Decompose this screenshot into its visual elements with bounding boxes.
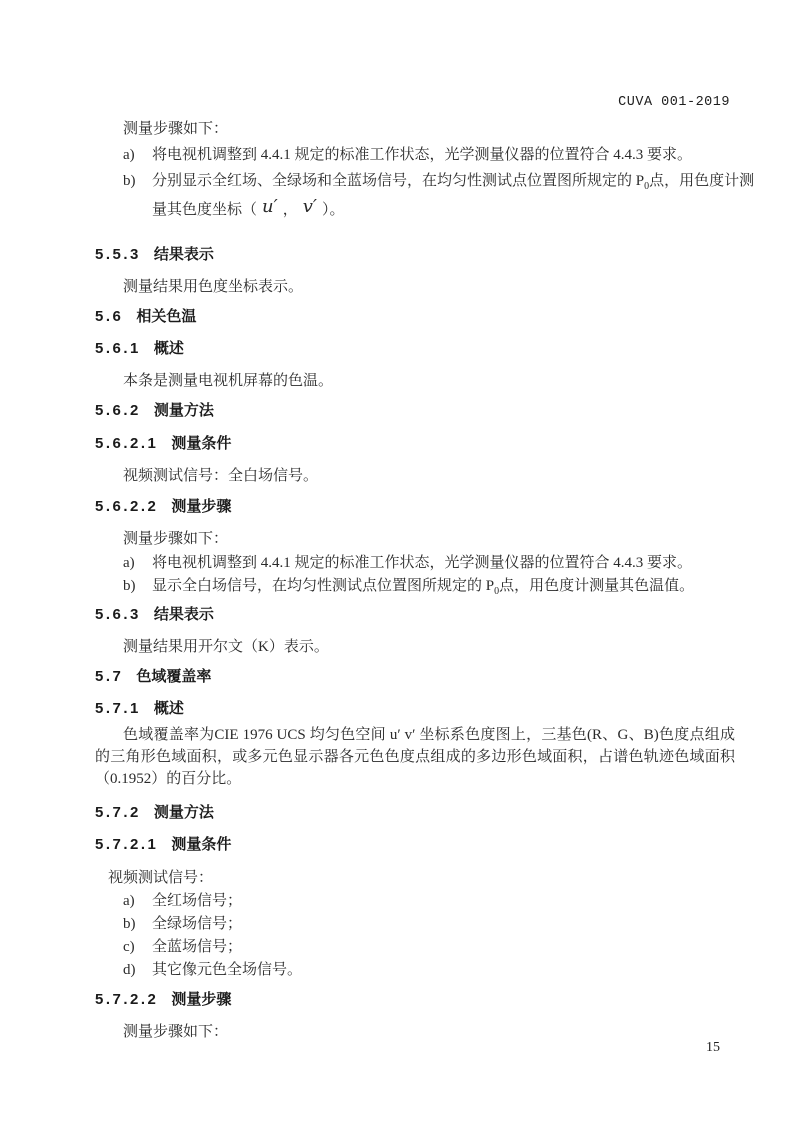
signal-item-a: a) 全红场信号； (95, 891, 735, 914)
formula-separator: ， (283, 202, 298, 218)
section-heading-5-7-2-2: 5.7.2.2测量步骤 (95, 991, 735, 1009)
signal-item-b: b) 全绿场信号； (95, 914, 735, 937)
list-marker: a) (123, 891, 152, 914)
section-title: 结果表示 (154, 246, 214, 263)
section-title: 测量方法 (154, 804, 214, 821)
list-marker: b) (123, 914, 152, 937)
section-heading-5-6-2-1: 5.6.2.1测量条件 (95, 435, 735, 453)
section-body-5-7-1: 色域覆盖率为CIE 1976 UCS 均匀色空间 u′ v′ 坐标系色度图上，三… (95, 724, 735, 790)
u-prime-symbol: u′ (262, 196, 278, 217)
section-number: 5.6.2 (95, 402, 141, 420)
list-marker: b) (123, 576, 152, 596)
section-title: 测量条件 (171, 435, 231, 452)
section-title: 色域覆盖率 (136, 668, 211, 685)
list-marker: b) (123, 171, 152, 191)
list-item-text: 其它像元色全场信号。 (152, 960, 735, 983)
section-title: 测量步骤 (171, 498, 231, 515)
section-body-5-6-2-1: 视频测试信号：全白场信号。 (95, 466, 735, 486)
section-heading-5-6-2: 5.6.2测量方法 (95, 402, 735, 420)
section-heading-5-6-2-2: 5.6.2.2测量步骤 (95, 498, 735, 516)
item-b-text: 分别显示全红场、全绿场和全蓝场信号，在均匀性测试点位置图所规定的 P (152, 173, 644, 189)
list-item-text: 分别显示全红场、全绿场和全蓝场信号，在均匀性测试点位置图所规定的 P0点，用色度… (152, 171, 754, 191)
section-body-5-6-3: 测量结果用开尔文（K）表示。 (95, 637, 735, 657)
section-title: 测量步骤 (171, 991, 231, 1008)
signal-item-d: d) 其它像元色全场信号。 (95, 960, 735, 983)
intro-item-b: b) 分别显示全红场、全绿场和全蓝场信号，在均匀性测试点位置图所规定的 P0点，… (95, 171, 735, 191)
list-item-text: 将电视机调整到 4.4.1 规定的标准工作状态，光学测量仪器的位置符合 4.4.… (152, 553, 735, 573)
list-item-text: 显示全白场信号，在均匀性测试点位置图所规定的 P0点，用色度计测量其色温值。 (152, 576, 735, 596)
section-heading-5-5-3: 5.5.3结果表示 (95, 246, 735, 264)
section-heading-5-6-3: 5.6.3结果表示 (95, 606, 735, 624)
section-number: 5.5.3 (95, 246, 141, 264)
list-marker: d) (123, 960, 152, 983)
section-heading-5-7: 5.7色域覆盖率 (95, 668, 735, 686)
section-number: 5.6.3 (95, 606, 141, 624)
item-b-text-after: 点，用色度计测 (649, 173, 754, 189)
formula-prefix: 量其色度坐标（ (152, 202, 257, 218)
list-item-text: 将电视机调整到 4.4.1 规定的标准工作状态，光学测量仪器的位置符合 4.4.… (152, 145, 735, 165)
steps-lead-5-7-2-2: 测量步骤如下： (95, 1022, 735, 1042)
intro-item-a: a) 将电视机调整到 4.4.1 规定的标准工作状态，光学测量仪器的位置符合 4… (95, 145, 735, 165)
header-doc-number: CUVA 001-2019 (618, 95, 730, 110)
section-heading-5-6: 5.6相关色温 (95, 308, 735, 326)
section-heading-5-6-1: 5.6.1概述 (95, 340, 735, 358)
section-number: 5.6.2.2 (95, 498, 158, 516)
intro-lead: 测量步骤如下： (95, 119, 735, 139)
section-body-5-6-1: 本条是测量电视机屏幕的色温。 (95, 371, 735, 391)
page-number: 15 (706, 1040, 720, 1056)
v-prime-symbol: v′ (303, 196, 317, 217)
chromaticity-coordinates-formula: 量其色度坐标（u′，v′）。 (152, 196, 712, 223)
section-number: 5.7 (95, 668, 123, 686)
section-number: 5.6 (95, 308, 123, 326)
section-number: 5.6.2.1 (95, 435, 158, 453)
formula-suffix: ）。 (322, 202, 345, 218)
item-text-after: 点，用色度计测量其色温值。 (499, 578, 694, 594)
section-title: 测量条件 (171, 836, 231, 853)
signal-item-c: c) 全蓝场信号； (95, 937, 735, 960)
section-heading-5-7-2: 5.7.2测量方法 (95, 804, 735, 822)
signals-lead-5-7-2-1: 视频测试信号： (95, 868, 735, 888)
list-item-text: 全红场信号； (152, 891, 735, 914)
section-body-5-5-3: 测量结果用色度坐标表示。 (95, 277, 735, 297)
section-number: 5.7.1 (95, 700, 141, 718)
signal-list: a) 全红场信号； b) 全绿场信号； c) 全蓝场信号； d) 其它像元色全场… (95, 891, 735, 983)
section-title: 概述 (154, 340, 184, 357)
section-title: 相关色温 (136, 308, 196, 325)
list-marker: a) (123, 553, 152, 573)
section-number: 5.7.2 (95, 804, 141, 822)
steps-lead-5-6-2-2: 测量步骤如下： (95, 529, 735, 549)
list-marker: c) (123, 937, 152, 960)
section-title: 概述 (154, 700, 184, 717)
list-marker: a) (123, 145, 152, 165)
step-item-b: b) 显示全白场信号，在均匀性测试点位置图所规定的 P0点，用色度计测量其色温值… (95, 576, 735, 596)
item-text: 显示全白场信号，在均匀性测试点位置图所规定的 P (152, 578, 494, 594)
step-item-a: a) 将电视机调整到 4.4.1 规定的标准工作状态，光学测量仪器的位置符合 4… (95, 553, 735, 573)
section-title: 测量方法 (154, 402, 214, 419)
section-number: 5.7.2.1 (95, 836, 158, 854)
section-heading-5-7-2-1: 5.7.2.1测量条件 (95, 836, 735, 854)
document-page: CUVA 001-2019 测量步骤如下： a) 将电视机调整到 4.4.1 规… (0, 0, 800, 1131)
section-number: 5.7.2.2 (95, 991, 158, 1009)
section-title: 结果表示 (154, 606, 214, 623)
section-heading-5-7-1: 5.7.1概述 (95, 700, 735, 718)
list-item-text: 全蓝场信号； (152, 937, 735, 960)
section-number: 5.6.1 (95, 340, 141, 358)
list-item-text: 全绿场信号； (152, 914, 735, 937)
